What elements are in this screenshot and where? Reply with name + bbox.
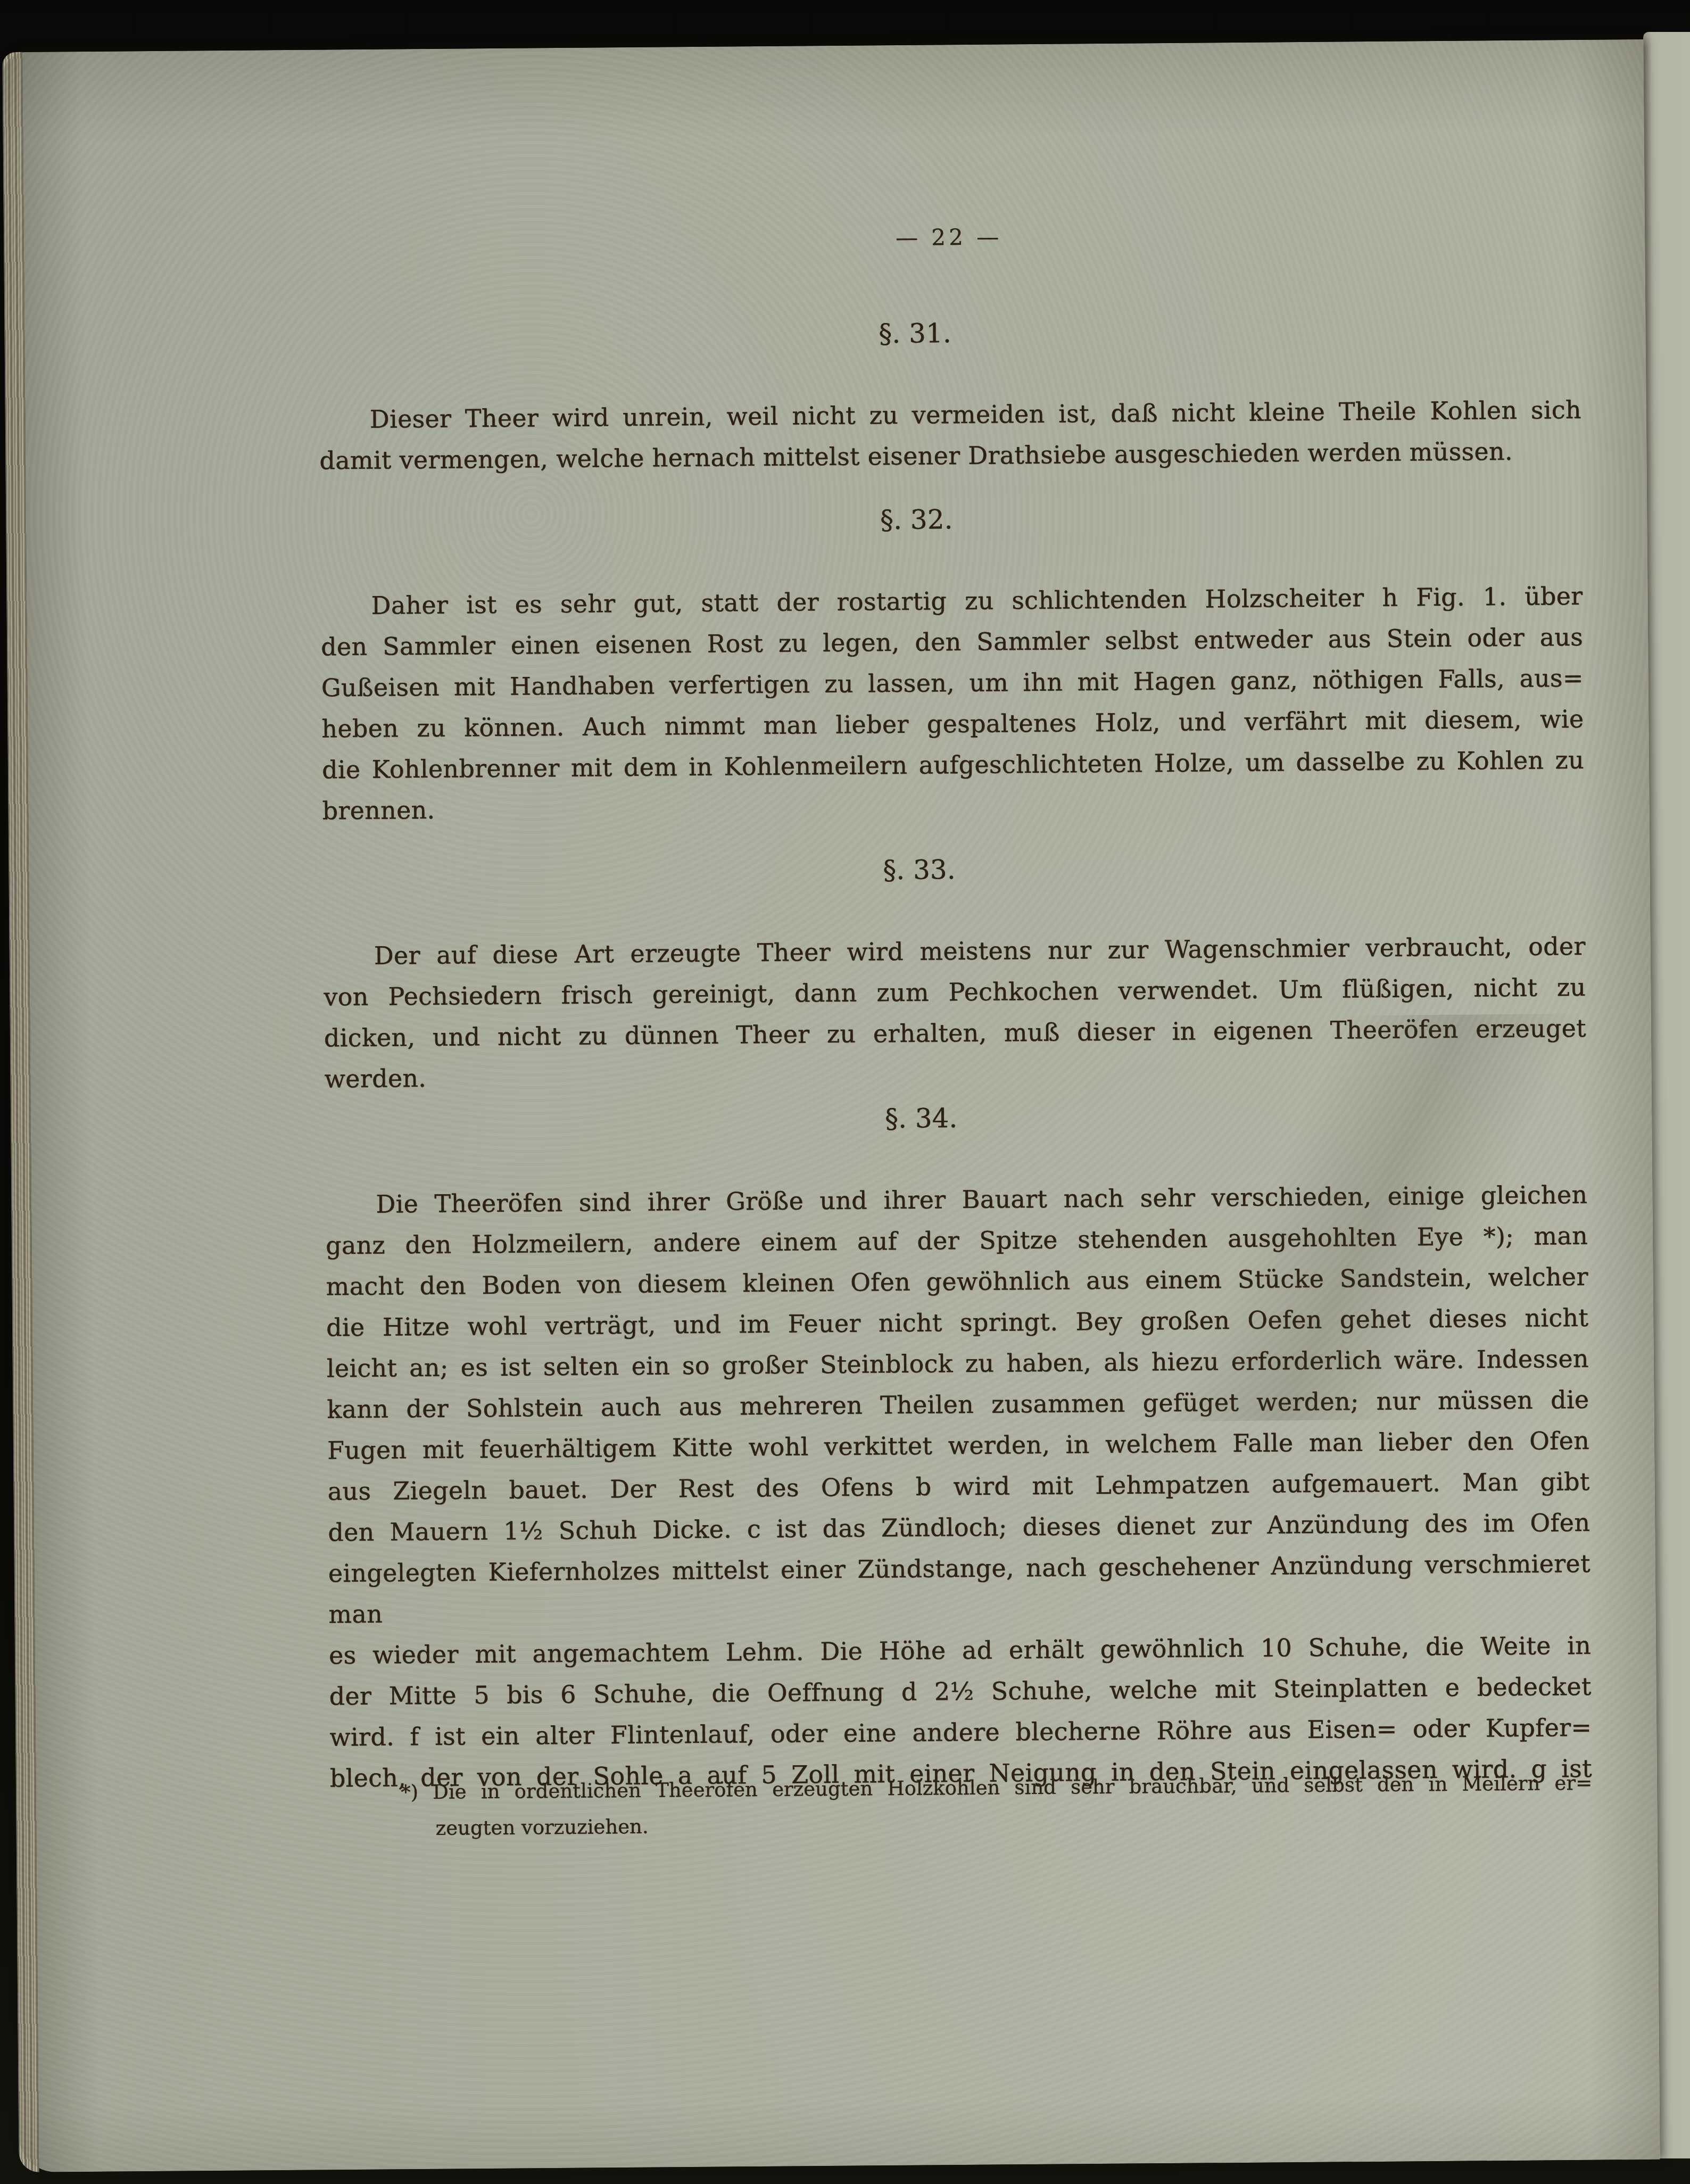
scanned-book-spread: — 22 — §. 31.Dieser Theer wird unrein, w… bbox=[0, 0, 1690, 2184]
book-page: — 22 — §. 31.Dieser Theer wird unrein, w… bbox=[2, 39, 1660, 2172]
footnote: *) Die in ordentlichen Theeröfen erzeugt… bbox=[330, 1765, 1593, 1848]
text-line: eingelegten Kiefernholzes mittelst einer… bbox=[328, 1543, 1591, 1635]
paragraph: Die Theeröfen sind ihrer Größe und ihrer… bbox=[325, 1174, 1592, 1799]
section: §. 31.Dieser Theer wird unrein, weil nic… bbox=[318, 312, 1581, 482]
sections-container: §. 31.Dieser Theer wird unrein, weil nic… bbox=[2, 39, 1643, 52]
page-number: — 22 — bbox=[318, 219, 1649, 255]
paragraph: Der auf diese Art erzeugte Theer wird me… bbox=[323, 926, 1586, 1100]
section: §. 33.Der auf diese Art erzeugte Theer w… bbox=[322, 849, 1586, 1100]
section: §. 34.Die Theeröfen sind ihrer Größe und… bbox=[325, 1097, 1592, 1799]
section-heading: §. 34. bbox=[325, 1097, 1587, 1139]
page-content: — 22 — §. 31.Dieser Theer wird unrein, w… bbox=[2, 39, 1660, 2172]
section: §. 32.Daher ist es sehr gut, statt der r… bbox=[320, 499, 1585, 832]
paragraph: Daher ist es sehr gut, statt der rostart… bbox=[320, 576, 1585, 832]
paragraph: Dieser Theer wird unrein, weil nicht zu … bbox=[319, 390, 1582, 482]
section-heading: §. 31. bbox=[318, 312, 1580, 354]
section-heading: §. 33. bbox=[322, 849, 1585, 891]
section-heading: §. 32. bbox=[320, 499, 1582, 541]
